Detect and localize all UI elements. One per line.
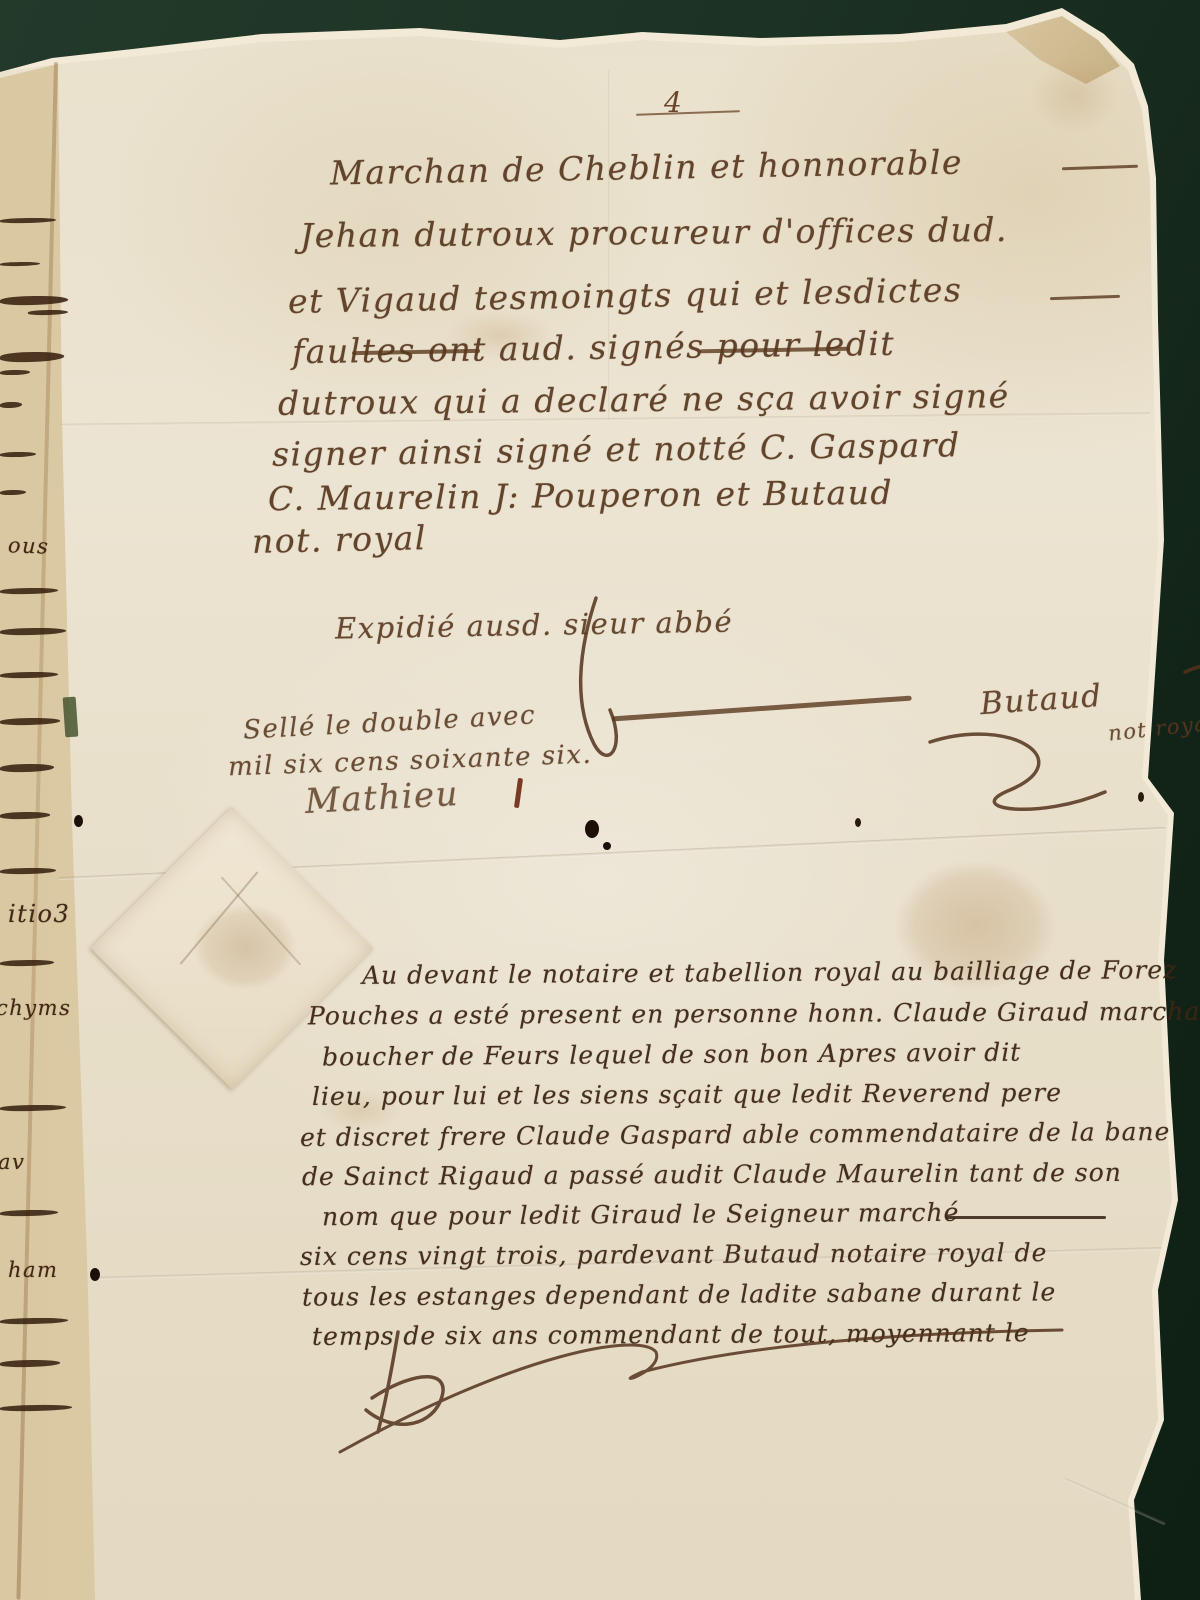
photographed-manuscript-scene: 4 Marchan de Cheblin et honnorable Jehan… (0, 0, 1200, 1600)
green-paint-mark (63, 697, 79, 738)
margin-fragment: itio3 (8, 900, 70, 928)
handwritten-line: tous les estanges dependant de ladite sa… (302, 1277, 1056, 1311)
handwritten-line: C. Maurelin J: Pouperon et Butaud (268, 473, 893, 519)
trailing-stroke (946, 1216, 1106, 1219)
ink-speck (1138, 792, 1144, 802)
worm-hole (90, 1268, 100, 1281)
notary-signature: Mathieu (304, 774, 460, 822)
handwritten-line: Pouches a esté present en personne honn.… (308, 997, 1200, 1031)
margin-fragment: ous (8, 533, 50, 558)
margin-fragment: av (0, 1150, 25, 1174)
handwritten-line: not. royal (252, 518, 428, 561)
handwritten-line: boucher de Feurs lequel de son bon Apres… (322, 1038, 1021, 1072)
signature-knot (1185, 663, 1200, 713)
handwritten-line: Au devant le notaire et tabellion royal … (362, 955, 1178, 990)
handwritten-line: nom que pour ledit Giraud le Seigneur ma… (322, 1198, 960, 1231)
large-round-stain (868, 838, 1083, 1013)
seal-impression (180, 892, 310, 1002)
handwritten-line: et discret frere Claude Gaspard able com… (300, 1117, 1171, 1152)
ink-speck (855, 818, 861, 827)
margin-fragment: ham (8, 1258, 58, 1282)
ink-blot (585, 820, 599, 838)
handwritten-line: dutroux qui a declaré ne sça avoir signé (278, 376, 1010, 423)
handwritten-line: Jehan dutroux procureur d'offices dud. (300, 210, 1008, 255)
expedition-note: Expidié ausd. sieur abbé (335, 605, 734, 646)
margin-fragment: chyms (0, 996, 71, 1020)
handwritten-line: lieu, pour lui et les siens sçait que le… (312, 1078, 1062, 1111)
worm-hole (74, 815, 83, 827)
handwritten-line: temps de six ans commendant de tout, moy… (312, 1318, 1030, 1351)
corner-stain (1010, 40, 1140, 150)
handwritten-line: six cens vingt trois, pardevant Butaud n… (300, 1238, 1048, 1271)
ink-blot (603, 842, 611, 850)
handwritten-line: de Sainct Rigaud a passé audit Claude Ma… (302, 1158, 1122, 1191)
